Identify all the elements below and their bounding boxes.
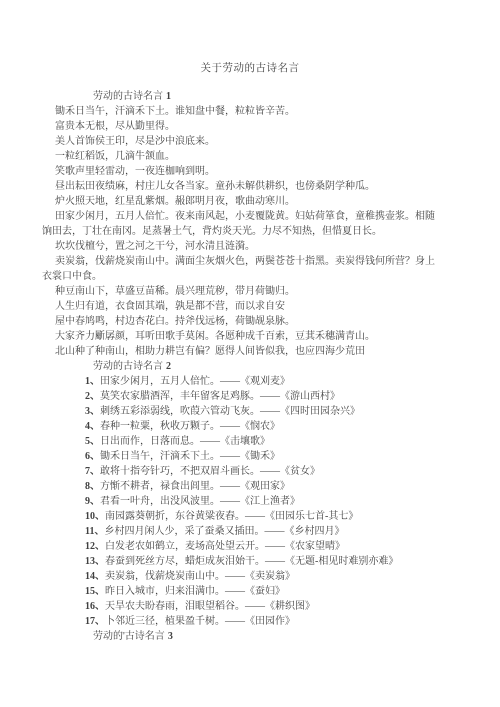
quote-item-number: 6、 [85,451,100,462]
quote-item-text: 南园露葵朝折，东谷黄粱夜舂。——《田园乐七首-其七》 [105,511,358,522]
quote-item-text: 春种一粒粟，秋收万颗子。——《悯农》 [100,421,280,432]
document-body: 劳动的古诗名言1 锄禾日当午，汗滴禾下土。谁知盘中餐，粒粒皆辛苦。富贵本无根，尽… [42,89,442,644]
quote-item: 10、南园露葵朝折，东谷黄粱夜舂。——《田园乐七首-其七》 [42,509,442,524]
quote-item: 4、春种一粒粟，秋收万颗子。——《悯农》 [42,419,442,434]
quote-item-text: 方惭不耕者，禄食出闾里。——《观田家》 [100,481,290,492]
poem-line: 锄禾日当午，汗滴禾下土。谁知盘中餐，粒粒皆辛苦。 [42,104,442,119]
quote-item: 14、卖炭翁，伐薪烧炭南山中。——《卖炭翁》 [42,569,442,584]
poem-line: 一粒红稻饭，几滴牛颔血。 [42,149,442,164]
section-2-quote-list: 1、田家少闲月，五月人倍忙。——《观刈麦》2、莫笑农家腊酒浑，丰年留客足鸡豚。—… [42,374,442,629]
quote-item-number: 4、 [85,421,100,432]
quote-item: 9、君看一叶舟，出没风波里。——《江上渔者》 [42,494,442,509]
poem-line: 北山种了种南山，相助力耕岂有偏？愿得人间皆似我，也应四海少荒田 [42,344,442,359]
quote-item: 5、日出而作，日落而息。——《击壤歌》 [42,434,442,449]
quote-item: 16、天旱农夫盼春雨，泪眼望稻谷。——《耕织图》 [42,599,442,614]
quote-item-number: 12、 [85,541,105,552]
section-2-heading: 劳动的古诗名言2 [42,359,442,374]
quote-item: 8、方惭不耕者，禄食出闾里。——《观田家》 [42,479,442,494]
quote-item-text: 昨日入城市，归来泪满巾。——《蚕妇》 [105,586,285,597]
quote-item-text: 卖炭翁，伐薪烧炭南山中。——《卖炭翁》 [105,571,295,582]
quote-item: 15、昨日入城市，归来泪满巾。——《蚕妇》 [42,584,442,599]
quote-item-text: 锄禾日当午，汗滴禾下土。——《锄禾》 [100,451,280,462]
quote-item-number: 7、 [85,466,100,477]
quote-item-number: 3、 [85,406,100,417]
poem-line: 坎坎伐檀兮，置之河之干兮，河水清且涟漪。 [42,239,442,254]
quote-item-number: 5、 [85,436,100,447]
quote-item: 3、刺绣五彩添弱线，吹葭六管动飞灰。——《四时田园杂兴》 [42,404,442,419]
quote-item: 12、白发老农如鹤立，麦场高处望云开。——《农家望晴》 [42,539,442,554]
quote-item-text: 刺绣五彩添弱线，吹葭六管动飞灰。——《四时田园杂兴》 [100,406,360,417]
quote-item-text: 田家少闲月，五月人倍忙。——《观刈麦》 [100,376,290,387]
quote-item-text: 白发老农如鹤立，麦场高处望云开。——《农家望晴》 [105,541,345,552]
section-3-heading: 劳动的'古诗名言3 [42,629,442,644]
quote-item: 13、春蚕到死丝方尽，蜡炬成灰泪始干。——《无题-相见时难别亦难》 [42,554,442,569]
quote-item-number: 11、 [85,526,104,537]
poem-line: 卖炭翁，伐薪烧炭南山中。满面尘灰烟火色，两鬓苍苍十指黑。卖炭得钱何所营？身上衣裳… [42,254,442,284]
poem-line: 种豆南山下，草盛豆苗稀。晨兴理荒秽，带月荷锄归。 [42,284,442,299]
quote-item-number: 13、 [85,556,105,567]
quote-item-number: 8、 [85,481,100,492]
section-heading-number: 1 [166,91,171,102]
poem-line: 昼出耘田夜绩麻，村庄儿女各当家。童孙未解供耕织，也傍桑阴学种瓜。 [42,179,442,194]
quote-item: 1、田家少闲月，五月人倍忙。——《观刈麦》 [42,374,442,389]
quote-item-text: 敢将十指夸针巧，不把双眉斗画长。——《贫女》 [100,466,320,477]
section-heading-number: 3 [168,631,173,642]
quote-item-number: 2、 [85,391,100,402]
quote-item: 7、敢将十指夸针巧，不把双眉斗画长。——《贫女》 [42,464,442,479]
quote-item-text: 乡村四月闲人少，采了蚕桑又插田。——《乡村四月》 [104,526,344,537]
quote-item-number: 14、 [85,571,105,582]
quote-item-number: 15、 [85,586,105,597]
section-heading-number: 2 [166,361,171,372]
quote-item-number: 10、 [85,511,105,522]
quote-item: 11、乡村四月闲人少，采了蚕桑又插田。——《乡村四月》 [42,524,442,539]
document-title: 关于劳动的古诗名言 [0,0,500,76]
poem-line: 大家齐力斸孱颜，耳听田歌手莫闲。各愿种成千百索，豆萁禾穗满青山。 [42,329,442,344]
section-1-heading: 劳动的古诗名言1 [42,89,442,104]
quote-item-text: 莫笑农家腊酒浑，丰年留客足鸡豚。——《游山西村》 [100,391,340,402]
poem-line: 美人首饰侯王印，尽是沙中浪底来。 [42,134,442,149]
quote-item: 17、卜邻近三径，植果盈千树。——《田园作》 [42,614,442,629]
quote-item-text: 君看一叶舟，出没风波里。——《江上渔者》 [100,496,300,507]
section-heading-text: 劳动的古诗名言 [93,361,163,372]
quote-item-number: 1、 [85,376,100,387]
poem-line: 人生归有道，衣食固其端，孰是都不营，而以求自安 [42,299,442,314]
quote-item-text: 春蚕到死丝方尽，蜡炬成灰泪始干。——《无题-相见时难别亦难》 [105,556,398,567]
quote-item-number: 16、 [85,601,105,612]
poem-line: 田家少闲月，五月人倍忙。夜来南风起，小麦覆陇黄。妇姑荷箪食，童稚携壶浆。相随饷田… [42,209,442,239]
section-1-paragraphs: 锄禾日当午，汗滴禾下土。谁知盘中餐，粒粒皆辛苦。富贵本无根，尽从勤里得。美人首饰… [42,104,442,359]
poem-line: 炉火照天地，红星乱紫烟。赧郎明月夜，歌曲动寒川。 [42,194,442,209]
quote-item-text: 卜邻近三径，植果盈千树。——《田园作》 [105,616,295,627]
poem-line: 富贵本无根，尽从勤里得。 [42,119,442,134]
document-page: 关于劳动的古诗名言 劳动的古诗名言1 锄禾日当午，汗滴禾下土。谁知盘中餐，粒粒皆… [0,0,500,707]
poem-line: 屋中春鸠鸣，村边杏花白。持斧伐远杨，荷锄觇泉脉。 [42,314,442,329]
section-heading-text: 劳动的'古诗名言 [93,631,165,642]
quote-item: 6、锄禾日当午，汗滴禾下土。——《锄禾》 [42,449,442,464]
quote-item: 2、莫笑农家腊酒浑，丰年留客足鸡豚。——《游山西村》 [42,389,442,404]
section-heading-text: 劳动的古诗名言 [93,91,163,102]
quote-item-number: 9、 [85,496,100,507]
quote-item-number: 17、 [85,616,105,627]
quote-item-text: 天旱农夫盼春雨，泪眼望稻谷。——《耕织图》 [105,601,315,612]
poem-line: 笑歌声里轻雷动，一夜连枷响到明。 [42,164,442,179]
quote-item-text: 日出而作，日落而息。——《击壤歌》 [100,436,270,447]
